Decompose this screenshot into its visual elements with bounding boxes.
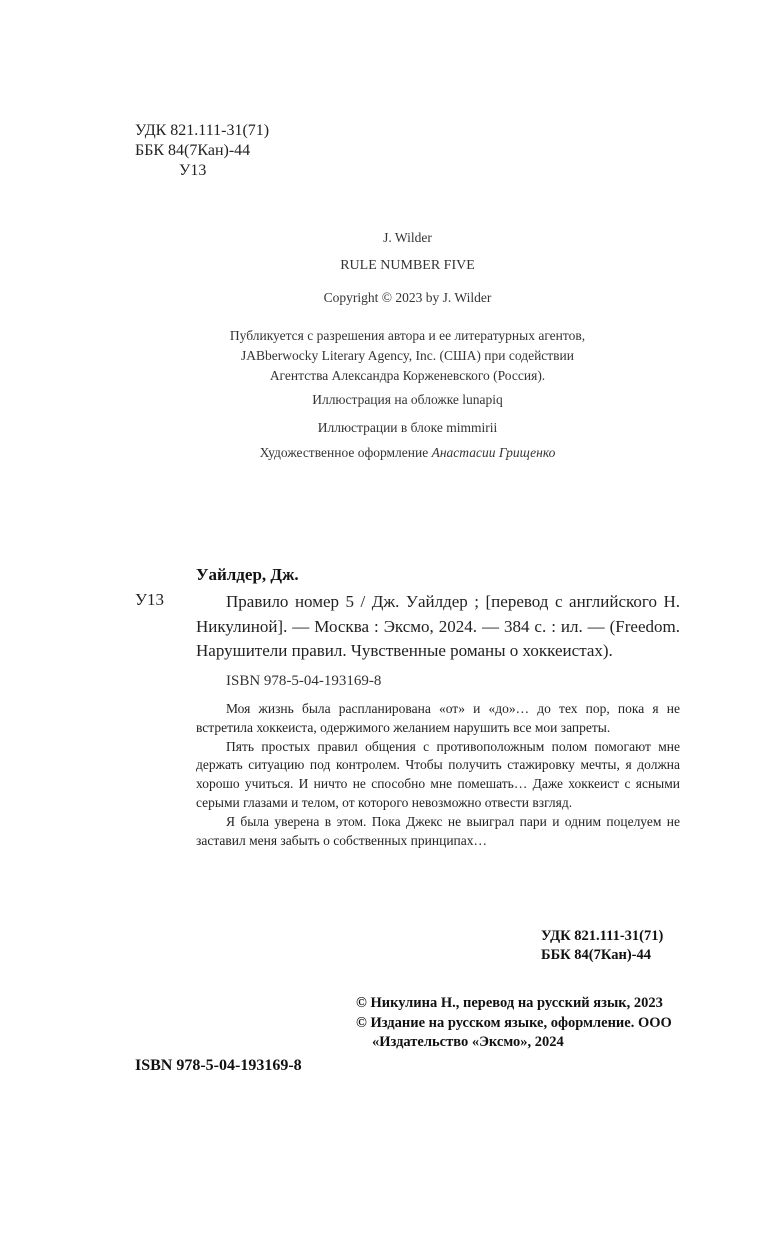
isbn-line: ISBN 978-5-04-193169-8 [226,673,381,690]
author-heading: Уайлдер, Дж. [196,565,299,585]
translation-copyright: © Никулина Н., перевод на русский язык, … [356,994,696,1014]
copyright-line: Copyright © 2023 by J. Wilder [180,290,635,306]
footer-udk: УДК 821.111-31(71) [541,927,663,946]
original-title: RULE NUMBER FIVE [180,258,635,274]
annotation-paragraph: Моя жизнь была распланирована «от» и «до… [196,700,680,738]
udk-code: УДК 821.111-31(71) [135,121,269,141]
cutter-mark: У13 [135,590,164,610]
footer-bbk: ББК 84(7Кан)-44 [541,946,663,965]
annotation-paragraph: Я была уверена в этом. Пока Джекс не выи… [196,813,680,851]
imprint-page: УДК 821.111-31(71) ББК 84(7Кан)-44 У13 J… [0,0,768,1240]
cover-illustration-credit: Иллюстрация на обложке lunapiq [180,392,635,408]
cutter-code: У13 [135,161,269,181]
publish-permission: Публикуется с разрешения автора и ее лит… [180,326,635,386]
annotation-paragraph: Пять простых правил общения с противопол… [196,738,680,813]
publish-permission-line: JABberwocky Literary Agency, Inc. (США) … [180,346,635,366]
copyright-notices: © Никулина Н., перевод на русский язык, … [356,994,696,1053]
designer-name: Анастасии Грищенко [432,445,556,460]
publish-permission-line: Публикуется с разрешения автора и ее лит… [180,326,635,346]
isbn-bold: ISBN 978-5-04-193169-8 [135,1057,302,1075]
classification-block: УДК 821.111-31(71) ББК 84(7Кан)-44 У13 [135,121,269,181]
original-author: J. Wilder [180,230,635,246]
edition-copyright: © Издание на русском языке, оформление. … [356,1014,696,1053]
design-label: Художественное оформление [260,445,432,460]
publish-permission-line: Агентства Александра Корженевского (Росс… [180,366,635,386]
footer-codes: УДК 821.111-31(71) ББК 84(7Кан)-44 [541,927,663,965]
annotation: Моя жизнь была распланирована «от» и «до… [196,700,680,850]
design-credit: Художественное оформление Анастасии Грищ… [180,445,635,461]
bibliographic-description: Правило номер 5 / Дж. Уайлдер ; [перевод… [196,590,680,664]
description-text: Правило номер 5 / Дж. Уайлдер ; [перевод… [196,590,680,664]
bbk-code: ББК 84(7Кан)-44 [135,141,269,161]
credits-block: J. Wilder RULE NUMBER FIVE Copyright © 2… [180,230,635,470]
block-illustrations-credit: Иллюстрации в блоке mimmirii [180,420,635,436]
